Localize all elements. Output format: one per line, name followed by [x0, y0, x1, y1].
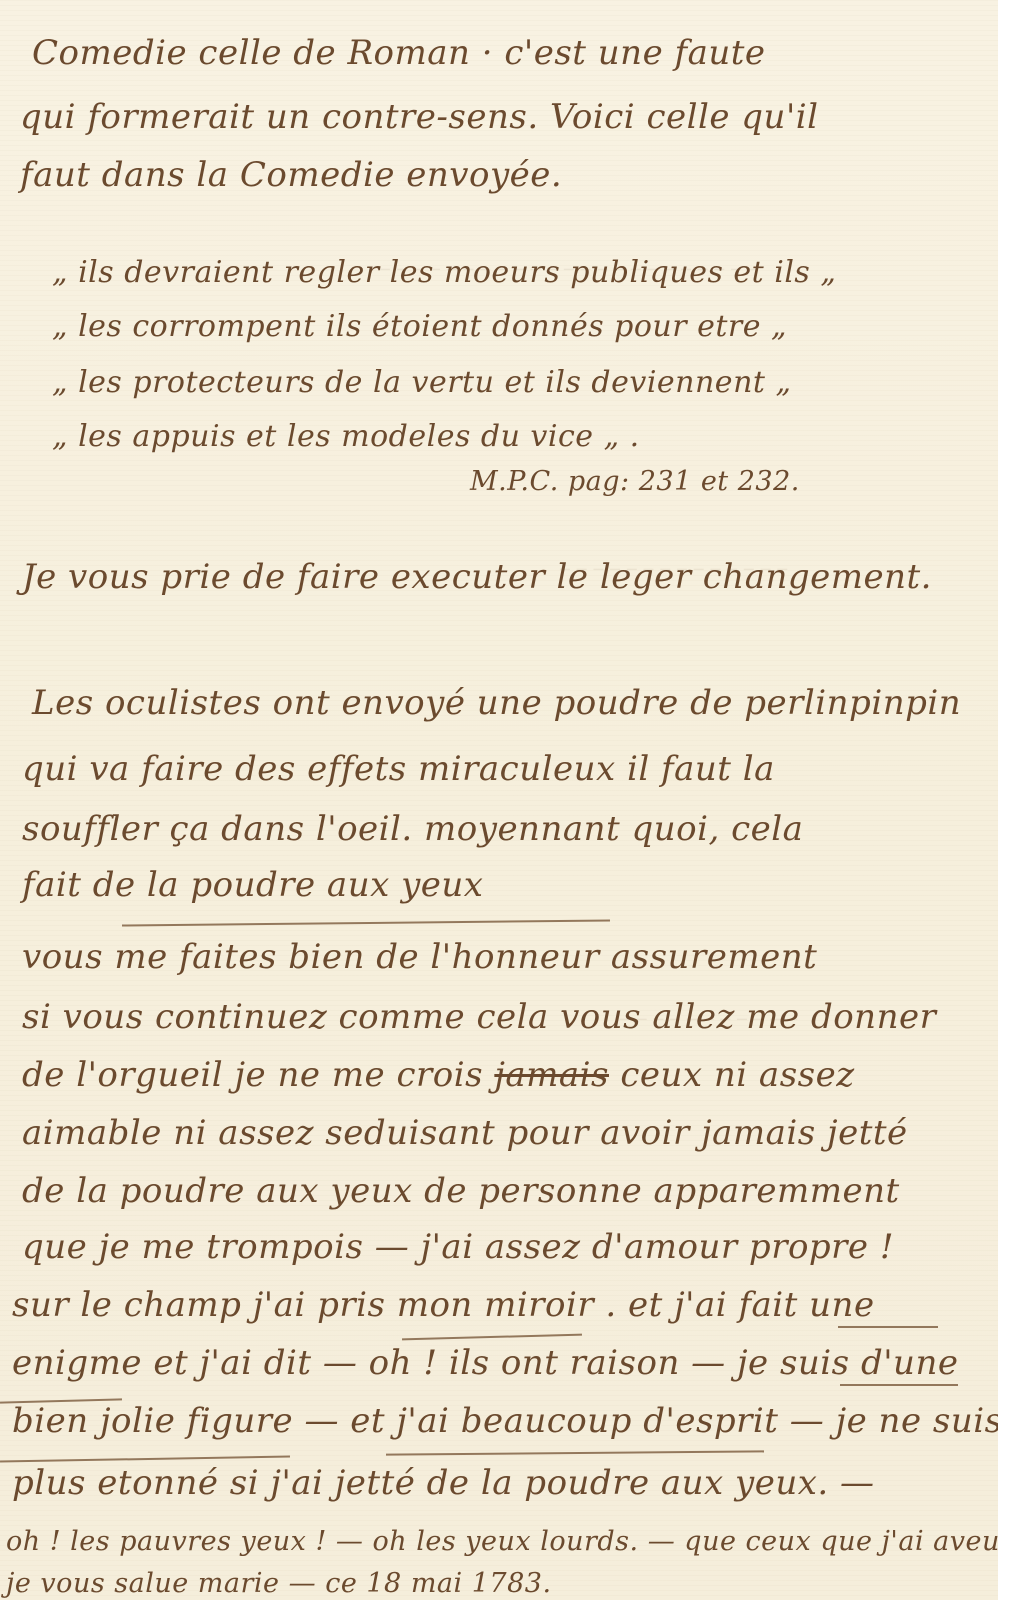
manuscript-line: vous me faites bien de l'honneur assurem… — [22, 940, 817, 974]
manuscript-line: Comedie celle de Roman · c'est une faute — [32, 36, 766, 70]
manuscript-line: sur le champ j'ai pris mon miroir . et j… — [12, 1288, 875, 1322]
underline-rule — [402, 1334, 582, 1341]
manuscript-line: faut dans la Comedie envoyée. — [20, 158, 562, 192]
struck-word: jamais — [494, 1055, 609, 1095]
underline-rule — [840, 1384, 958, 1386]
manuscript-line: que je me trompois — j'ai assez d'amour … — [22, 1230, 894, 1264]
manuscript-line: fait de la poudre aux yeux — [22, 868, 483, 902]
manuscript-line: de la poudre aux yeux de personne appare… — [22, 1174, 900, 1208]
quotation-line: „ ils devraient regler les moeurs publiq… — [52, 258, 836, 288]
manuscript-line: souffler ça dans l'oeil. moyennant quoi,… — [22, 812, 803, 846]
manuscript-line: plus etonné si j'ai jetté de la poudre a… — [12, 1466, 875, 1500]
manuscript-line: de l'orgueil je ne me crois jamais ceux … — [22, 1058, 855, 1092]
quotation-citation: M.P.C. pag: 231 et 232. — [470, 468, 800, 495]
underline-rule — [386, 1450, 764, 1455]
quotation-line: „ les protecteurs de la vertu et ils dev… — [52, 368, 792, 398]
manuscript-line: aimable ni assez seduisant pour avoir ja… — [22, 1116, 908, 1150]
manuscript-page: ─ ─ ─ ─ ─ ─ ─ ─ ─ ─ ─ ─ ─ ─ ─ ─ ─ ─ ─ ─ … — [0, 0, 998, 1600]
manuscript-line: oh ! les pauvres yeux ! — oh les yeux lo… — [6, 1528, 998, 1555]
manuscript-line: qui formerait un contre-sens. Voici cell… — [20, 100, 819, 134]
manuscript-line: qui va faire des effets miraculeux il fa… — [22, 752, 775, 786]
quotation-line: „ les appuis et les modeles du vice „ . — [52, 422, 640, 452]
manuscript-line: Je vous prie de faire executer le leger … — [22, 560, 932, 594]
manuscript-line: bien jolie figure — et j'ai beaucoup d'e… — [12, 1404, 998, 1438]
manuscript-line: enigme et j'ai dit — oh ! ils ont raison… — [12, 1346, 958, 1380]
manuscript-line: je vous salue marie — ce 18 mai 1783. — [6, 1570, 552, 1597]
line-text: ceux ni assez — [620, 1055, 854, 1095]
quotation-line: „ les corrompent ils étoient donnés pour… — [52, 312, 787, 342]
manuscript-line: Les oculistes ont envoyé une poudre de p… — [32, 686, 961, 720]
line-text: de l'orgueil je ne me crois — [22, 1055, 483, 1095]
manuscript-line: si vous continuez comme cela vous allez … — [22, 1000, 936, 1034]
underline-rule — [838, 1326, 938, 1328]
underline-rule — [122, 919, 610, 926]
underline-rule — [0, 1455, 290, 1462]
